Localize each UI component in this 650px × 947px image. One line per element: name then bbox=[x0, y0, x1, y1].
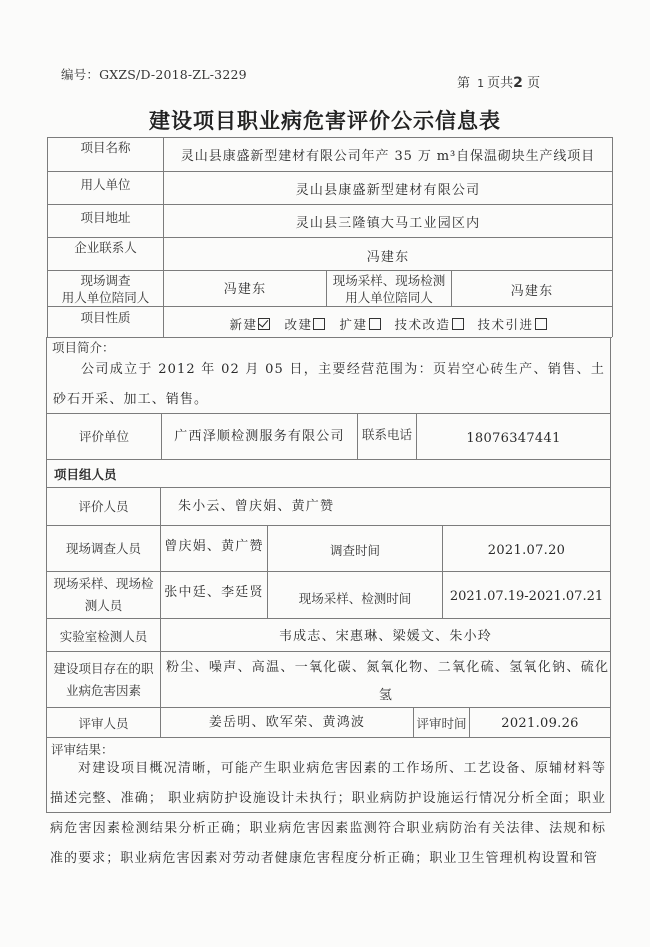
hazards-value-line2: 氢 bbox=[166, 682, 606, 710]
intro-label: 项目简介： bbox=[52, 338, 115, 356]
evaluator-unit-value: 广西泽顺检测服务有限公司 bbox=[162, 414, 357, 459]
employer-value: 灵山县康盛新型建材有限公司 bbox=[164, 177, 612, 204]
nature-option-expand[interactable]: 扩建 bbox=[339, 316, 380, 334]
checkbox-icon[interactable] bbox=[313, 318, 325, 330]
address-label: 项目地址 bbox=[48, 205, 163, 231]
checkbox-checked-icon[interactable] bbox=[258, 318, 270, 330]
page-total: 2 bbox=[513, 75, 523, 91]
project-name-value: 灵山县康盛新型建材有限公司年产 35 万 m³自保温砌块生产线项目 bbox=[164, 142, 612, 172]
contact-label: 企业联系人 bbox=[48, 238, 163, 258]
page-number: 第 1页共2 页 bbox=[457, 72, 540, 91]
sampling-escort-label-line1: 现场采样、现场检测 bbox=[333, 272, 446, 289]
nature-option-tech-import[interactable]: 技术引进 bbox=[478, 316, 547, 334]
hazards-label: 建设项目存在的职 业病危害因素 bbox=[47, 652, 160, 707]
sampling-escort-value: 冯建东 bbox=[452, 276, 612, 308]
survey-staff-value: 曾庆娟、黄广赞 bbox=[161, 526, 267, 568]
review-time-value: 2021.09.26 bbox=[470, 708, 610, 739]
checkbox-icon[interactable] bbox=[535, 318, 547, 330]
checkbox-icon[interactable] bbox=[452, 318, 464, 330]
document-number: 编号：GXZS/D-2018-ZL-3229 bbox=[61, 65, 247, 83]
hazards-label-line2: 业病危害因素 bbox=[66, 680, 141, 702]
reviewers-value: 姜岳明、欧军荣、黄鸿波 bbox=[161, 708, 413, 737]
sampling-staff-value: 张中廷、李廷贤 bbox=[161, 572, 267, 614]
page-current: 1 bbox=[477, 77, 484, 90]
sampling-staff-label: 现场采样、现场检 测人员 bbox=[47, 572, 160, 618]
sampling-staff-label-line2: 测人员 bbox=[85, 595, 123, 617]
page-prefix: 第 bbox=[457, 76, 470, 91]
hazards-label-line1: 建设项目存在的职 bbox=[53, 658, 153, 680]
review-time-label: 评审时间 bbox=[414, 708, 469, 739]
employer-label: 用人单位 bbox=[48, 172, 163, 198]
page-mid: 页共 bbox=[487, 76, 513, 91]
nature-option-new[interactable]: 新建 bbox=[229, 316, 270, 334]
survey-staff-label: 现场调查人员 bbox=[47, 526, 160, 571]
hazards-value: 粉尘、噪声、高温、一氧化碳、氮氧化物、二氧化硫、氢氧化钠、硫化 氢 bbox=[166, 654, 606, 706]
nature-option-rebuild[interactable]: 改建 bbox=[284, 316, 325, 334]
lab-staff-label: 实验室检测人员 bbox=[47, 619, 160, 655]
reviewers-label: 评审人员 bbox=[47, 708, 160, 740]
survey-escort-label-line1: 现场调查 bbox=[80, 272, 130, 289]
evaluator-phone-value: 18076347441 bbox=[417, 414, 610, 464]
nature-label: 项目性质 bbox=[48, 307, 163, 329]
evaluators-value: 朱小云、曾庆娟、黄广赞 bbox=[178, 488, 598, 525]
sampling-escort-label: 现场采样、现场检测 用人单位陪同人 bbox=[327, 271, 451, 306]
table-border-right-lower bbox=[610, 337, 611, 812]
survey-escort-value: 冯建东 bbox=[164, 274, 326, 306]
evaluator-unit-label: 评价单位 bbox=[47, 414, 161, 459]
survey-escort-label-line2: 用人单位陪同人 bbox=[62, 289, 150, 306]
intro-text: 公司成立于 2012 年 02 月 05 日，主要经营范围为：页岩空心砖生产、销… bbox=[53, 355, 605, 415]
address-value: 灵山县三隆镇大马工业园区内 bbox=[164, 210, 612, 237]
evaluators-label: 评价人员 bbox=[47, 488, 160, 525]
survey-time-value: 2021.07.20 bbox=[443, 526, 610, 576]
checkbox-icon[interactable] bbox=[369, 318, 381, 330]
hazards-value-line1: 粉尘、噪声、高温、一氧化碳、氮氧化物、二氧化硫、氢氧化钠、硫化 bbox=[166, 654, 606, 682]
sampling-time-value: 2021.07.19-2021.07.21 bbox=[443, 572, 610, 622]
contact-value: 冯建东 bbox=[164, 245, 612, 270]
team-section-label: 项目组人员 bbox=[54, 465, 117, 483]
survey-time-label: 调查时间 bbox=[268, 526, 442, 576]
project-name-label: 项目名称 bbox=[48, 138, 163, 158]
evaluator-phone-label: 联系电话 bbox=[358, 414, 416, 456]
review-result-text: 对建设项目概况清晰，可能产生职业病危害因素的工作场所、工艺设备、原辅材料等描述完… bbox=[50, 754, 606, 874]
survey-escort-label: 现场调查 用人单位陪同人 bbox=[48, 271, 163, 306]
page-title: 建设项目职业病危害评价公示信息表 bbox=[0, 105, 650, 135]
sampling-escort-label-line2: 用人单位陪同人 bbox=[345, 289, 433, 306]
nature-options: 新建 改建 扩建 技术改造 技术引进 bbox=[164, 311, 612, 339]
nature-option-tech-upgrade[interactable]: 技术改造 bbox=[395, 316, 464, 334]
page-suffix: 页 bbox=[527, 76, 540, 91]
lab-staff-value: 韦成志、宋惠琳、梁媛文、朱小玲 bbox=[161, 619, 610, 655]
sampling-time-label: 现场采样、检测时间 bbox=[268, 572, 442, 626]
sampling-staff-label-line1: 现场采样、现场检 bbox=[53, 573, 153, 595]
